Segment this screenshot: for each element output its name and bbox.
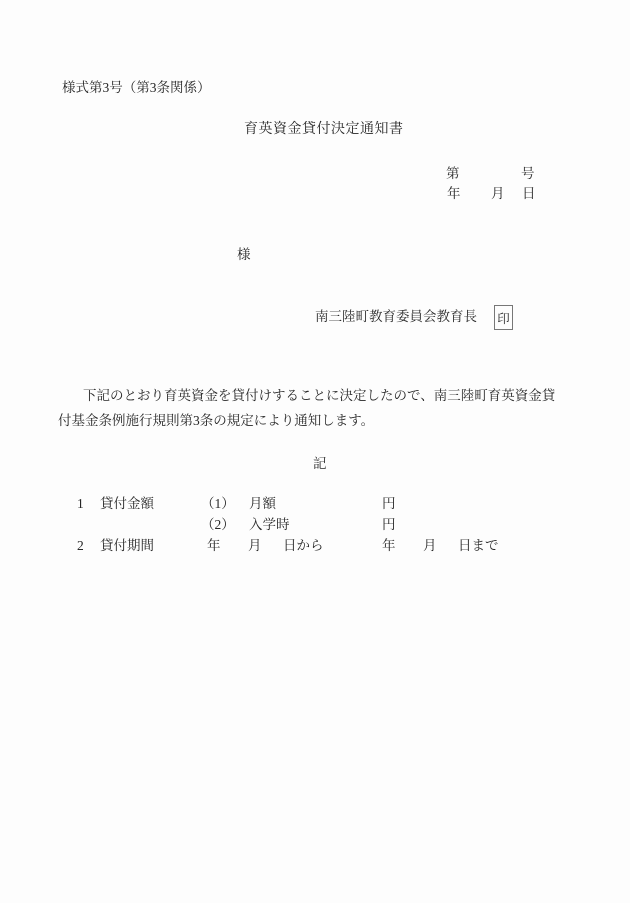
item1-sub2-label: 入学時 [249, 517, 290, 532]
document-page: 様式第3号（第3条関係） 育英資金貸付決定通知書 第 号 年 月 日 様 南三陸… [0, 0, 630, 903]
body-paragraph-line2: 付基金条例施行規則第3条の規定により通知します。 [58, 413, 374, 428]
doc-number-suffix: 号 [521, 166, 535, 181]
item1-number: 1 [77, 496, 84, 511]
record-heading: 記 [313, 456, 327, 471]
item1-sub2-unit: 円 [382, 517, 396, 532]
body-paragraph-line1: 下記のとおり育英資金を貸付けすることに決定したので、南三陸町育英資金貸 [83, 388, 555, 403]
item1-label: 貸付金額 [100, 496, 154, 511]
item2-to-year: 年 [382, 538, 396, 553]
item2-to-day: 日まで [458, 538, 499, 553]
doc-number-prefix: 第 [446, 166, 460, 181]
sender-title: 南三陸町教育委員会教育長 [315, 309, 477, 324]
item1-sub2-paren: （2） [201, 517, 235, 532]
item2-from-month: 月 [248, 538, 262, 553]
document-title: 育英資金貸付決定通知書 [244, 122, 404, 137]
form-number: 様式第3号（第3条関係） [62, 80, 211, 95]
item2-from-day: 日から [283, 538, 324, 553]
item2-number: 2 [77, 538, 84, 553]
item1-sub1-paren: （1） [201, 496, 235, 511]
item2-to-month: 月 [423, 538, 437, 553]
item1-sub1-unit: 円 [382, 496, 396, 511]
date-year-label: 年 [447, 186, 461, 201]
item1-sub1-label: 月額 [249, 496, 276, 511]
addressee-honorific: 様 [237, 247, 251, 262]
date-month-label: 月 [491, 186, 505, 201]
date-day-label: 日 [522, 186, 536, 201]
seal-mark: 印 [497, 309, 510, 327]
item2-from-year: 年 [207, 538, 221, 553]
item2-label: 貸付期間 [100, 538, 154, 553]
seal-box: 印 [494, 305, 513, 330]
